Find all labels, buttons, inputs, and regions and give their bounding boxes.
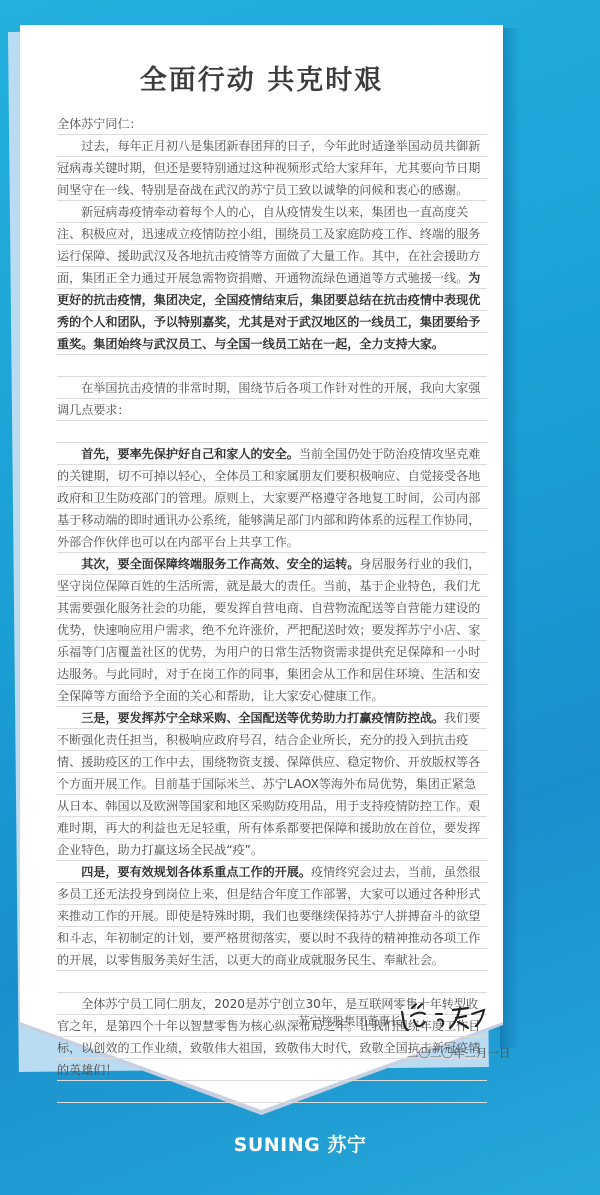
letter-body: 全体苏宁同仁： 过去，每年正月初八是集团新春团拜的日子，今年此时适逢举国动员共御…	[57, 113, 487, 1103]
blank-line	[57, 421, 487, 443]
paragraph-requirement-3: 三是，要发挥苏宁全球采购、全国配送等优势助力打赢疫情防控战。我们要不断强化责任担…	[57, 707, 487, 861]
blank-line	[57, 971, 487, 993]
paragraph-text: 当前全国仍处于防治疫情攻坚克难的关键期，切不可掉以轻心，全体员工和家属朋友们要积…	[57, 447, 480, 549]
paragraph-3: 在举国抗击疫情的非常时期，围绕节后各项工作针对性的开展，我向大家强调几点要求：	[57, 377, 487, 421]
paragraph-text: 过去，每年正月初八是集团新春团拜的日子，今年此时适逢举国动员共御新冠病毒关键时期…	[57, 139, 480, 197]
letter-title: 全面行动 共克时艰	[20, 58, 503, 97]
paragraph-requirement-1: 首先，要率先保护好自己和家人的安全。当前全国仍处于防治疫情攻坚克难的关键期，切不…	[57, 443, 487, 553]
handwritten-signature-icon	[398, 1000, 490, 1034]
requirement-heading: 其次，要全面保障终端服务工作高效、安全的运转。	[81, 557, 359, 571]
salutation: 全体苏宁同仁：	[57, 113, 487, 135]
paragraph-1: 过去，每年正月初八是集团新春团拜的日子，今年此时适逢举国动员共御新冠病毒关键时期…	[57, 135, 487, 201]
paragraph-requirement-4: 四是，要有效规划各体系重点工作的开展。疫情终究会过去，当前，虽然很多员工还无法投…	[57, 861, 487, 971]
requirement-heading: 首先，要率先保护好自己和家人的安全。	[81, 447, 299, 461]
paragraph-2: 新冠病毒疫情牵动着每个人的心，自从疫情发生以来，集团也一直高度关注、积极应对，迅…	[57, 201, 487, 355]
paragraph-requirement-2: 其次，要全面保障终端服务工作高效、安全的运转。身居服务行业的我们，坚守岗位保障百…	[57, 553, 487, 707]
paragraph-text: 我们要不断强化责任担当，积极响应政府号召，结合企业所长，充分的投入到抗击疫情、援…	[57, 711, 480, 857]
letter-date: 二〇二〇年二月一日	[407, 1045, 511, 1061]
blank-line	[57, 1081, 487, 1103]
paragraph-text: 身居服务行业的我们，坚守岗位保障百姓的生活所需，就是最大的责任。当前，基于企业特…	[57, 557, 480, 703]
paragraph-text: 新冠病毒疫情牵动着每个人的心，自从疫情发生以来，集团也一直高度关注、积极应对，迅…	[57, 205, 480, 285]
paragraph-text: 在举国抗击疫情的非常时期，围绕节后各项工作针对性的开展，我向大家强调几点要求：	[57, 381, 480, 417]
paper-shadow	[500, 28, 520, 1048]
requirement-heading: 四是，要有效规划各体系重点工作的开展。	[81, 865, 311, 879]
requirement-heading: 三是，要发挥苏宁全球采购、全国配送等优势助力打赢疫情防控战。	[81, 711, 444, 725]
signer-title: 苏宁控股集团董事长	[298, 1013, 402, 1029]
suning-logo: SUNING 苏宁	[0, 1130, 600, 1157]
paragraph-text: 疫情终究会过去，当前，虽然很多员工还无法投身到岗位上来，但是结合年度工作部署，大…	[57, 865, 480, 967]
blank-line	[57, 355, 487, 377]
